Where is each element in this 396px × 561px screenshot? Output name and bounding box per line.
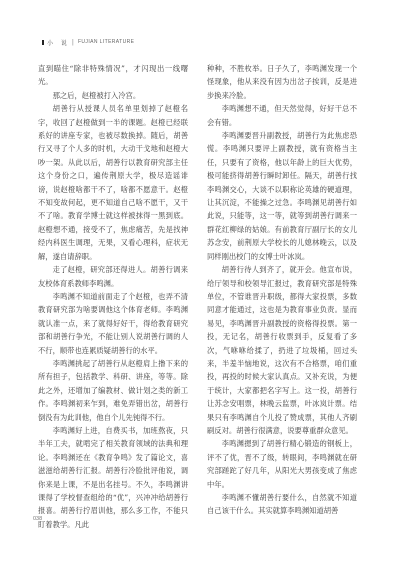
header-separator: | <box>72 39 74 46</box>
section-title-cn: 小 说 <box>47 38 70 47</box>
paragraph: 李鸣渊好上进，自费买书，加班熬夜，只半年工夫，就啃完了相关教育领域的法典和理论。… <box>38 424 188 531</box>
paragraph: 李鸣渊想不通，但天然觉得，好好干总不会有错。 <box>207 102 357 129</box>
paragraph: 种种，不胜枚举。日子久了，李鸣渊发现一个怪现象，他从来没有因为出岔子挨训，反是进… <box>207 62 357 102</box>
paragraph: 李鸣渊要晋升副教授，胡善行为此焦虑恐慌。李鸣渊只要评上副教授，就有资格当主任，只… <box>207 129 357 263</box>
left-column: 直到瞄住“除非特殊情况”，才闪现出一线曙光。 那之后，赵橙被打入冷宫。 胡善行从… <box>38 62 188 531</box>
running-header: 小 说 | FUJIAN LITERATURE <box>42 37 134 47</box>
paragraph: 李鸣渊不懂胡善行要什么，自然就不知道自己该干什么。其实就算李鸣渊知道胡善 <box>207 491 357 518</box>
paragraph: 李鸣渊挑起了胡善行从赵橙肩上撸下来的所有担子，包括教学、科研、讲座，等等。除此之… <box>38 357 188 424</box>
section-marker-icon <box>42 40 44 45</box>
paragraph: 胡善行从授课人员名单里划掉了赵橙名字，收回了赵橙做到一半的课题。赵橙已经联系好的… <box>38 102 188 263</box>
paragraph: 走了赵橙，研究部还得进人。胡善行调来友校体育系教师李鸣渊。 <box>38 263 188 290</box>
paragraph: 李鸣渊不知道前面走了个赵橙，也弄不清教育研究部为啥要调他这个体育老师。李鸣渊就认… <box>38 290 188 357</box>
page-number: 038 <box>33 516 42 522</box>
section-title-en: FUJIAN LITERATURE <box>78 39 134 45</box>
paragraph: 直到瞄住“除非特殊情况”，才闪现出一线曙光。 <box>38 62 188 89</box>
right-column: 种种，不胜枚举。日子久了，李鸣渊发现一个怪现象，他从来没有因为出岔子挨训，反是进… <box>207 62 357 518</box>
paragraph: 李鸣渊摁到了胡善行精心锻造的钢板上，评不了优，晋不了级，转眼间，李鸣渊就在研究部… <box>207 437 357 491</box>
paragraph: 那之后，赵橙被打入冷宫。 <box>38 89 188 102</box>
paragraph: 胡善行待人到齐了，就开会。他宣布说，给厅领导和校领导汇报过，教育研究部是特殊单位… <box>207 263 357 437</box>
